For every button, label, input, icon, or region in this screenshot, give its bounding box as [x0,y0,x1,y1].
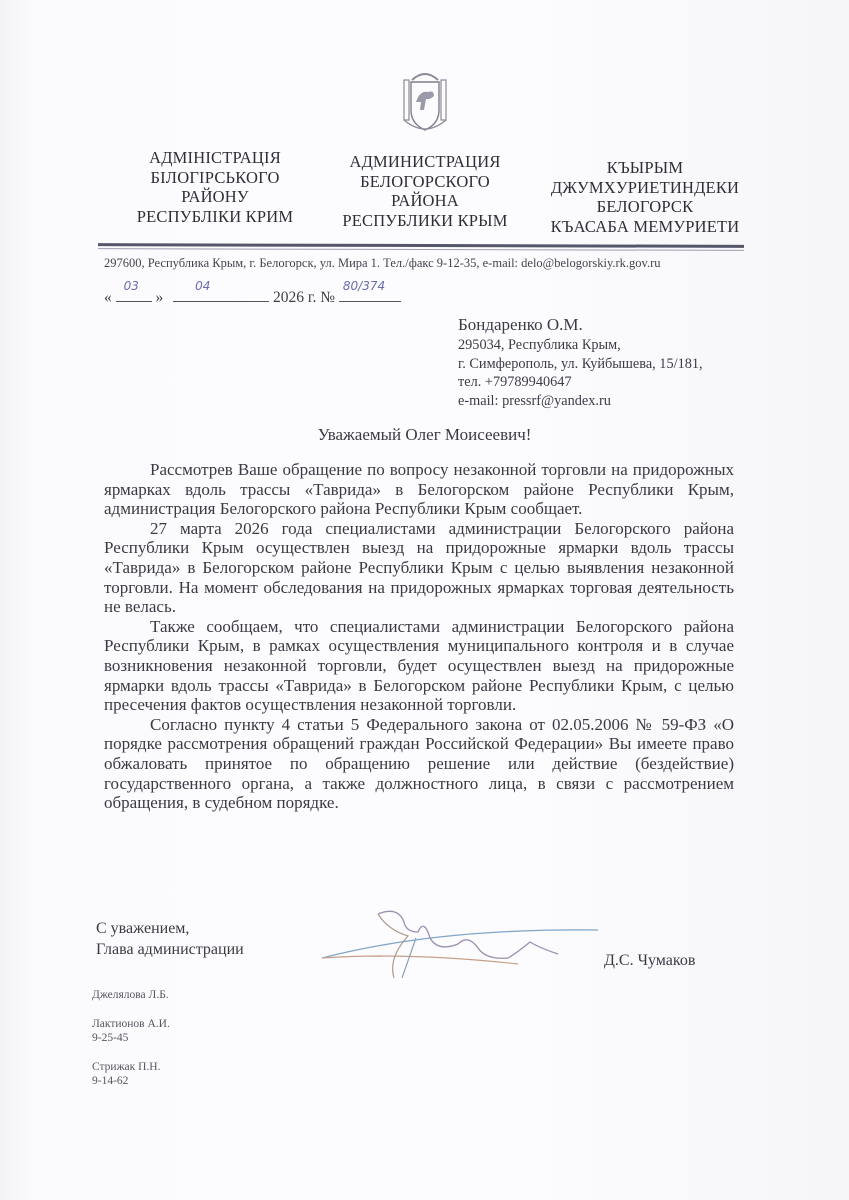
day-handwritten: 03 [124,279,139,293]
greeting: Уважаемый Олег Моисеевич! [0,425,849,445]
closing-block: С уважением, Глава администрации [96,918,244,960]
letterhead-line: РЕСПУБЛИКИ КРЫМ [320,211,530,231]
letterhead-line: РЕСПУБЛІКИ КРИМ [110,207,320,227]
letterhead-ukrainian: АДМІНІСТРАЦІЯ БІЛОГІРСЬКОГО РАЙОНУ РЕСПУ… [110,148,320,226]
body-paragraph: Согласно пункту 4 статьи 5 Федерального … [104,715,734,813]
body-paragraph: 27 марта 2026 года специалистами админис… [104,519,734,617]
recipient-line: тел. +79789940647 [458,373,703,392]
month-handwritten: 04 [195,279,210,293]
signer-name: Д.С. Чумаков [604,952,695,970]
letterhead-address: 297600, Республика Крым, г. Белогорск, у… [104,256,754,271]
recipient-line: e-mail: pressrf@yandex.ru [458,392,703,411]
body-paragraph: Также сообщаем, что специалистами админи… [104,617,734,715]
letterhead-line: БЕЛОГОРСКОГО [320,172,530,192]
letterhead-line: ДЖУМХУРИЕТИНДЕКИ [520,178,770,198]
executor-name: Стрижак П.Н. [92,1060,170,1075]
open-quote: « [104,289,112,306]
crimea-coat-of-arms-icon [400,66,450,136]
signer-title: Глава администрации [96,939,244,960]
letter-body: Рассмотрев Ваше обращение по вопросу нез… [104,460,734,813]
recipient-line: 295034, Республика Крым, [458,336,703,355]
letterhead-line: БІЛОГІРСЬКОГО [110,168,320,188]
year-number-label: 2026 г. № [273,289,335,306]
close-quote: » [156,289,164,306]
letterhead-line: АДМИНИСТРАЦИЯ [320,152,530,172]
closing-regards: С уважением, [96,918,244,939]
letterhead-divider-thin [98,248,744,251]
document-page: АДМІНІСТРАЦІЯ БІЛОГІРСЬКОГО РАЙОНУ РЕСПУ… [0,0,849,1200]
executor-name: Джелялова Л.Б. [92,988,170,1003]
month-field: 04 [173,285,269,302]
body-paragraph: Рассмотрев Ваше обращение по вопросу нез… [104,460,734,519]
executor-name: Лактионов А.И. [92,1017,170,1032]
letterhead-line: БЕЛОГОРСК [520,197,770,217]
recipient-block: Бондаренко О.М. 295034, Республика Крым,… [458,314,703,410]
letterhead-line: АДМІНІСТРАЦІЯ [110,148,320,168]
letterhead-line: РАЙОНА [320,191,530,211]
letterhead-line: КЪЫРЫМ [520,158,770,178]
executor-phone: 9-14-62 [92,1074,170,1089]
date-and-number-line: « 03 » 04 2026 г. № 80/374 [104,285,401,307]
letterhead-line: КЪАСАБА МЕМУРИЕТИ [520,217,770,237]
letterhead-divider [98,243,744,248]
handwritten-signature [318,908,608,978]
number-handwritten: 80/374 [343,279,385,293]
executor-phone: 9-25-45 [92,1031,170,1046]
letterhead-crimean-tatar: КЪЫРЫМ ДЖУМХУРИЕТИНДЕКИ БЕЛОГОРСК КЪАСАБ… [520,158,770,236]
executors-block: Джелялова Л.Б. Лактионов А.И. 9-25-45 Ст… [92,988,170,1089]
recipient-name: Бондаренко О.М. [458,314,703,336]
letterhead-russian: АДМИНИСТРАЦИЯ БЕЛОГОРСКОГО РАЙОНА РЕСПУБ… [320,152,530,230]
number-field: 80/374 [339,285,401,302]
letterhead-line: РАЙОНУ [110,187,320,207]
day-field: 03 [116,285,152,302]
recipient-line: г. Симферополь, ул. Куйбышева, 15/181, [458,355,703,374]
